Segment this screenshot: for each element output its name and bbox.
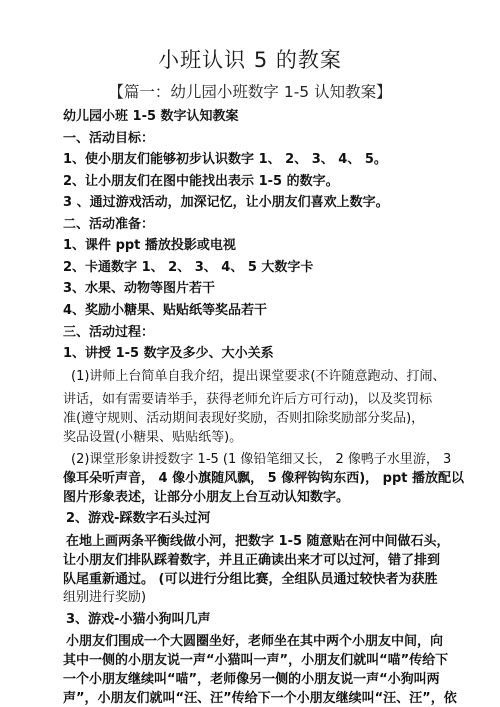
text-line: 准(遵守规则、活动期间表现好奖励，否则扣除奖励部分奖品)， <box>63 407 424 426</box>
text-line: 1、使小朋友们能够初步认识数字 1、 2、 3、 4、 5。 <box>63 148 387 167</box>
text-line: 像耳朵听声音， 4 像小旗随风飘， 5 像秤钩钩东西)， ppt 播放配以 <box>63 467 464 486</box>
text-line: 一个小朋友继续叫“喵”，老师像另一侧的小朋友说一声“小狗叫两 <box>63 668 440 687</box>
text-line: 2、让小朋友们在图中能找出表示 1-5 的数字。 <box>63 170 339 189</box>
text-line: 讲话，如有需要请举手，获得老师允许后方可行动)，以及奖罚标 <box>63 388 432 407</box>
text-line: 三、活动过程： <box>63 321 154 340</box>
text-line: 3、水果、动物等图片若干 <box>63 277 215 296</box>
text-line: (1)讲师上台简单自我介绍，提出课堂要求(不许随意跑动、打闹、 <box>71 365 446 384</box>
text-line: 在地上画两条平衡线做小河，把数字 1-5 随意贴在河中间做石头， <box>66 530 450 549</box>
text-line: (2)课堂形象讲授数字 1-5 (1 像铅笔细又长， 2 像鸭子水里游， 3 <box>71 448 451 467</box>
text-line: 小朋友们围成一个大圆圈坐好，老师坐在其中两个小朋友中间，向 <box>66 630 443 649</box>
text-line: 奖品设置(小糖果、贴贴纸等)。 <box>63 426 242 445</box>
document-title: 小班认识 5 的教案 <box>0 44 500 74</box>
text-line: 2、游戏-踩数字石头过河 <box>66 507 210 526</box>
text-line: 声”，小朋友们就叫“汪、汪”传给下一个小朋友继续叫“汪、汪”，依 <box>63 687 457 706</box>
text-line: 让小朋友们排队踩着数字，并且正确读出来才可以过河，错了排到 <box>63 549 440 568</box>
text-line: 4、奖励小糖果、贴贴纸等奖品若干 <box>63 299 267 318</box>
text-line: 队尾重新通过。 (可以进行分组比赛，全组队员通过较快者为获胜 <box>63 568 437 587</box>
document-subtitle: 【篇一：幼儿园小班数字 1-5 认知教案】 <box>0 80 500 102</box>
text-line: 幼儿园小班 1-5 数字认知教案 <box>63 105 239 124</box>
text-line: 1、课件 ppt 播放投影或电视 <box>63 234 236 253</box>
text-line: 二、活动准备： <box>63 213 154 232</box>
text-line: 其中一侧的小朋友说一声“小猫叫一声”，小朋友们就叫“喵”传给下 <box>63 649 448 668</box>
text-line: 组别进行奖励) <box>63 586 146 605</box>
text-line: 一、活动目标： <box>63 127 154 146</box>
text-line: 3、游戏-小猫小狗叫几声 <box>66 608 210 627</box>
text-line: 图片形象表述，让部分小朋友上台互动认知数字。 <box>63 486 349 505</box>
document-page: 小班认识 5 的教案 【篇一：幼儿园小班数字 1-5 认知教案】 幼儿园小班 1… <box>0 0 500 707</box>
text-line: 3 、通过游戏活动，加深记忆，让小朋友们喜欢上数字。 <box>63 191 389 210</box>
text-line: 2、卡通数字 1、 2、 3、 4、 5 大数字卡 <box>63 256 313 275</box>
text-line: 1、讲授 1-5 数字及多少、大小关系 <box>63 342 274 361</box>
